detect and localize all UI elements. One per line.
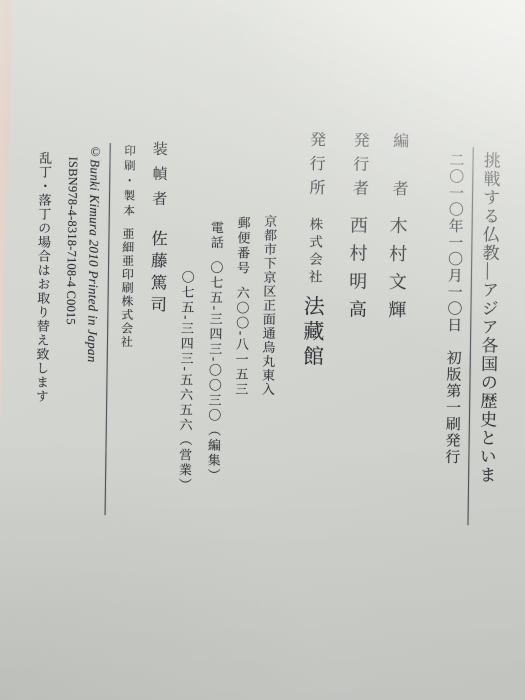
phone-label: 電話 (208, 221, 223, 251)
postal-label: 郵便番号 (235, 216, 251, 276)
phone-editorial-line: 電話〇七五-三四三-〇〇三〇（編集） (204, 127, 225, 547)
editor-label: 編 者 (388, 132, 408, 204)
publisher-corp-prefix: 株式会社 (305, 217, 322, 287)
editor-column: 編 者木村文輝 (381, 129, 408, 549)
issuer-name: 西村明高 (345, 215, 368, 327)
errata-notice: 乱丁・落丁の場合はお取り替え致します (31, 124, 52, 544)
issuer-label: 発行者 (349, 131, 369, 203)
phone-sales-line: 〇七五-三四三-五六五六（営業） (175, 126, 196, 546)
printer-column: 印刷・製本亜細亜印刷株式会社 (114, 125, 139, 545)
printer-company: 亜細亜印刷株式会社 (119, 227, 135, 349)
publisher-name: 法藏館 (299, 295, 325, 370)
book-title: 挑戦する仏教―アジア各国の歴史といま (474, 130, 500, 550)
designer-label: 装幀者 (149, 141, 168, 216)
copyright-line: ©Bunki Kimura 2010 Printed in Japan (81, 125, 102, 545)
phone-editorial-number: 〇七五-三四三-〇〇三〇（編集） (204, 261, 223, 484)
publisher-column: 発行所株式会社法藏館 (296, 128, 327, 548)
edition-date-line: 二〇一〇年一〇月一〇日 初版第一刷発行 (441, 130, 465, 550)
designer-column: 装幀者佐藤篤司 (143, 126, 169, 546)
issuer-column: 発行者西村明高 (342, 128, 369, 548)
editor-name: 木村文輝 (384, 216, 407, 328)
credits-divider-line (104, 143, 110, 515)
isbn-line: ISBN978-4-8318-7108-4 C0015 (59, 125, 80, 545)
adjacent-page-edge (0, 0, 15, 430)
title-divider-line (467, 147, 473, 525)
book-colophon-page: 挑戦する仏教―アジア各国の歴史といま 二〇一〇年一〇月一〇日 初版第一刷発行 編… (0, 0, 525, 700)
designer-name: 佐藤篤司 (146, 230, 167, 318)
publisher-label: 発行所 (305, 131, 325, 203)
postal-code: 六〇〇-八一五三 (232, 286, 249, 398)
postal-code-line: 郵便番号六〇〇-八一五三 (230, 127, 251, 547)
publisher-address: 京都市下京区正面通烏丸東入 (257, 127, 278, 547)
colophon-content: 挑戦する仏教―アジア各国の歴史といま 二〇一〇年一〇月一〇日 初版第一刷発行 編… (31, 124, 500, 550)
printer-label: 印刷・製本 (120, 144, 135, 219)
